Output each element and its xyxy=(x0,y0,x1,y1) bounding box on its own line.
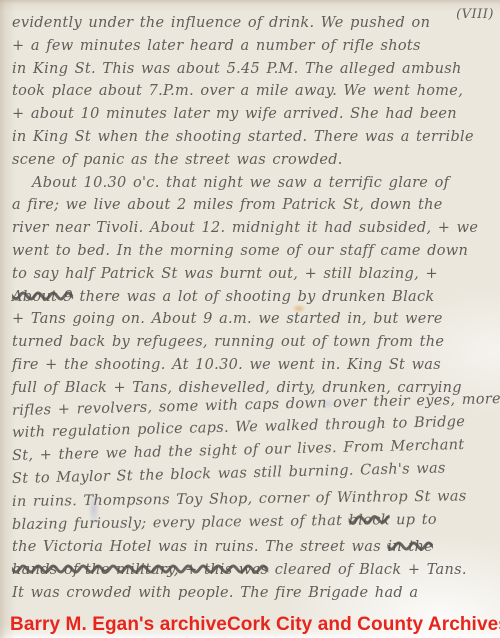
text-segment: evidently under the influence of drink. … xyxy=(12,15,430,31)
text-segment: up to xyxy=(390,511,437,528)
text-segment: About 10.30 o'c. that night we saw a ter… xyxy=(32,175,449,191)
archive-name-label: Barry M. Egan's archive xyxy=(10,614,227,636)
handwritten-line: evidently under the influence of drink. … xyxy=(12,12,492,35)
text-segment: turned back by refugees, running out of … xyxy=(12,334,444,350)
handwritten-text: evidently under the influence of drink. … xyxy=(12,12,492,605)
text-segment: in King St when the shooting started. Th… xyxy=(12,129,474,145)
text-segment: there was a lot of shooting by drunken B… xyxy=(73,289,434,305)
text-segment: a fire; we live about 2 miles from Patri… xyxy=(12,197,443,213)
text-segment: It was crowded with people. The fire Bri… xyxy=(12,585,418,601)
handwritten-line: in King St. This was about 5.45 P.M. The… xyxy=(12,58,492,81)
handwritten-line: river near Tivoli. About 12. midnight it… xyxy=(12,217,492,240)
handwritten-line: + Tans going on. About 9 a.m. we started… xyxy=(12,308,492,331)
text-segment: blazing furiously; every place west of t… xyxy=(12,512,349,532)
handwritten-line: About 9 there was a lot of shooting by d… xyxy=(12,286,492,309)
handwritten-line: hands of the military, + this was cleare… xyxy=(12,559,492,582)
text-segment: fire + the shooting. At 10.30. we went i… xyxy=(12,357,441,373)
handwritten-line: scene of panic as the street was crowded… xyxy=(12,149,492,172)
struck-text-segment: block xyxy=(349,512,390,529)
handwritten-line: in King St when the shooting started. Th… xyxy=(12,126,492,149)
text-segment: + a few minutes later heard a number of … xyxy=(12,38,421,54)
text-segment: + Tans going on. About 9 a.m. we started… xyxy=(12,311,443,327)
struck-text-segment: About 9 xyxy=(12,289,73,305)
struck-text-segment: hands of the military, + this was xyxy=(12,562,268,578)
text-segment: in ruins. Thompsons Toy Shop, corner of … xyxy=(12,488,467,510)
handwritten-line: took place about 7.P.m. over a mile away… xyxy=(12,80,492,103)
archive-service-label: Cork City and County Archives Service xyxy=(227,614,500,636)
handwritten-line: the Victoria Hotel was in ruins. The str… xyxy=(12,536,492,559)
handwritten-line: went to bed. In the morning some of our … xyxy=(12,240,492,263)
archive-footer: Barry M. Egan's archive Cork City and Co… xyxy=(0,614,500,636)
handwritten-line: a fire; we live about 2 miles from Patri… xyxy=(12,194,492,217)
text-segment: river near Tivoli. About 12. midnight it… xyxy=(12,220,478,236)
struck-text-segment: in the xyxy=(387,539,433,555)
text-segment: went to bed. In the morning some of our … xyxy=(12,243,468,259)
text-segment: scene of panic as the street was crowded… xyxy=(12,152,343,168)
handwritten-line: to say half Patrick St was burnt out, + … xyxy=(12,263,492,286)
scanned-page: (VIII) evidently under the influence of … xyxy=(0,0,500,638)
handwritten-line: About 10.30 o'c. that night we saw a ter… xyxy=(12,172,492,195)
text-segment: the Victoria Hotel was in ruins. The str… xyxy=(12,539,387,555)
text-segment: cleared of Black + Tans. xyxy=(268,562,467,578)
handwritten-line: turned back by refugees, running out of … xyxy=(12,331,492,354)
handwritten-line: + about 10 minutes later my wife arrived… xyxy=(12,103,492,126)
handwritten-line: fire + the shooting. At 10.30. we went i… xyxy=(12,354,492,377)
handwritten-line: It was crowded with people. The fire Bri… xyxy=(12,582,492,605)
text-segment: took place about 7.P.m. over a mile away… xyxy=(12,83,463,99)
text-segment: to say half Patrick St was burnt out, + … xyxy=(12,266,438,282)
handwritten-line: + a few minutes later heard a number of … xyxy=(12,35,492,58)
text-segment: in King St. This was about 5.45 P.M. The… xyxy=(12,61,462,77)
text-segment: + about 10 minutes later my wife arrived… xyxy=(12,106,457,122)
